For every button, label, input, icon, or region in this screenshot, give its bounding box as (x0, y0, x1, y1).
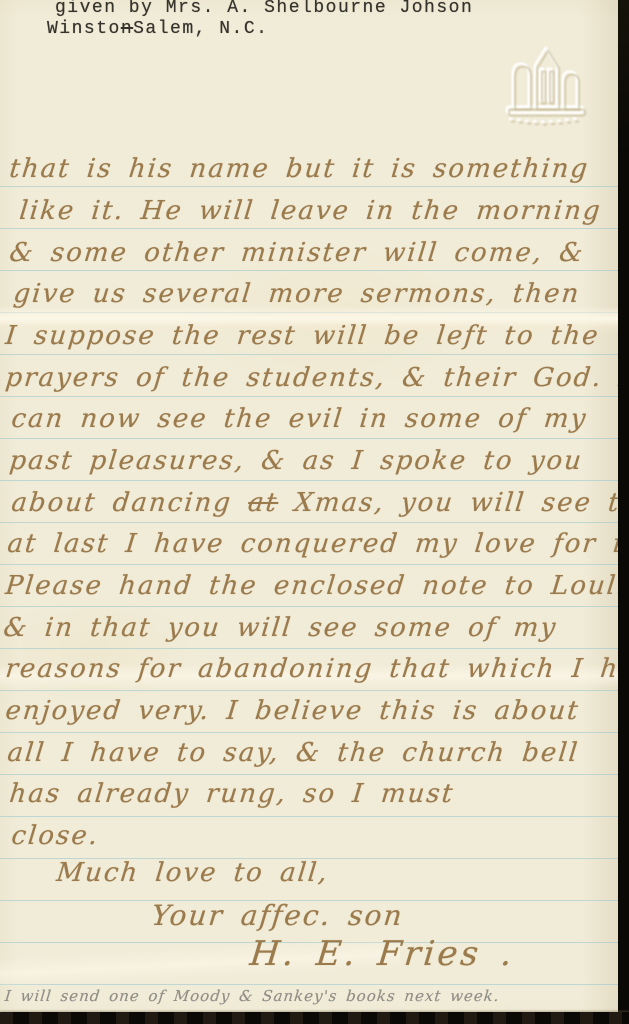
handwritten-line: & some other minister will come, & (8, 238, 586, 268)
closing-line: Much love to all, (55, 858, 330, 888)
handwritten-line: give us several more sermons, then (12, 279, 582, 309)
line-pre: about dancing (10, 488, 250, 518)
handwritten-line: that is his name but it is something (8, 154, 591, 184)
paper: given by Mrs. A. Shelbourne Johson Winst… (0, 0, 618, 1012)
typed-overstruck-char: n (121, 19, 133, 39)
typed-line-2-pre: Winsto (47, 19, 121, 39)
handwritten-line: close. (10, 821, 101, 851)
handwritten-line: reasons for abandoning that which I have (4, 654, 629, 684)
line-post: Xmas, you will see that (277, 488, 629, 518)
handwritten-line: Please hand the enclosed note to Loulie, (4, 571, 629, 601)
typed-line-2-post: Salem, N.C. (133, 19, 268, 39)
signoff-line: Your affec. son (150, 899, 405, 932)
typed-line-1: given by Mrs. A. Shelbourne Johson (55, 0, 473, 18)
pencil-note: I will send one of Moody & Sankey's book… (4, 987, 501, 1005)
scan-edge-bottom (0, 1012, 629, 1024)
handwritten-line: prayers of the students, & their God. I (4, 363, 629, 393)
handwritten-line: all I have to say, & the church bell (6, 738, 581, 768)
handwritten-line: enjoyed very. I believe this is about (4, 696, 581, 726)
handwritten-line: about dancing at Xmas, you will see that (10, 488, 629, 518)
letter-scan: given by Mrs. A. Shelbourne Johson Winst… (0, 0, 629, 1024)
handwritten-line: past pleasures, & as I spoke to you (8, 446, 585, 476)
embossed-seal-icon (494, 36, 600, 128)
handwritten-line: I suppose the rest will be left to the (4, 321, 601, 351)
signature: H. E. Fries . (248, 934, 517, 974)
handwritten-line: like it. He will leave in the morning (18, 196, 603, 226)
typed-line-2: WinstonSalem, N.C. (47, 19, 268, 39)
struck-word: at (247, 488, 280, 518)
handwritten-line: & in that you will see some of my (2, 613, 559, 643)
handwritten-line: at last I have conquered my love for it. (6, 529, 629, 559)
handwritten-line: can now see the evil in some of my (10, 404, 589, 434)
scan-edge-right (618, 0, 629, 1024)
handwritten-line: has already rung, so I must (8, 779, 456, 809)
